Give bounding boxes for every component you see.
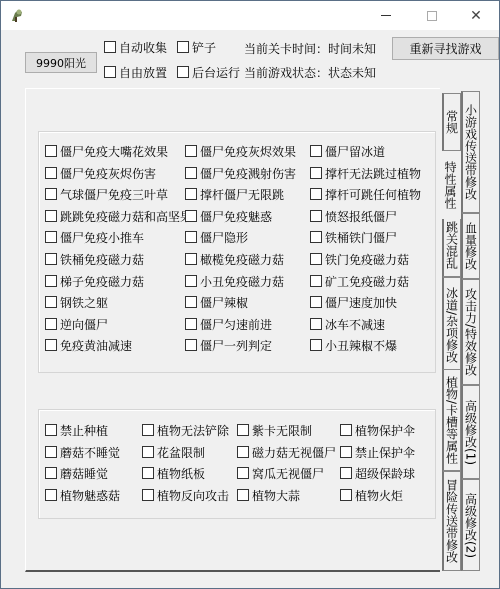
- zombie-trait-checkbox[interactable]: 僵尸免疫魅惑: [185, 208, 272, 224]
- tab-minigame-conveyor[interactable]: 小游戏传送带修改: [461, 91, 480, 213]
- checkbox-box[interactable]: [45, 296, 57, 308]
- checkbox-box[interactable]: [310, 318, 322, 330]
- checkbox-box[interactable]: [45, 188, 57, 200]
- zombie-trait-checkbox[interactable]: 撑杆可跳任何植物: [310, 186, 421, 202]
- zombie-trait-checkbox[interactable]: 僵尸隐形: [185, 229, 248, 245]
- minimize-icon: [381, 15, 391, 16]
- tab-general[interactable]: 常规: [442, 93, 461, 151]
- tab-label: 冰道/杂项修改: [444, 287, 461, 363]
- checkbox-label: 僵尸留冰道: [325, 143, 385, 160]
- tab-plant-slot[interactable]: 植物/卡槽等属性: [442, 369, 461, 471]
- tab-label: 攻击力/特效修改: [463, 288, 480, 376]
- tab-level-chaos[interactable]: 跳关混乱: [442, 213, 461, 277]
- refind-game-button[interactable]: 重新寻找游戏: [392, 37, 499, 60]
- free-place-checkbox[interactable]: 自由放置: [104, 64, 167, 80]
- close-icon: ✕: [470, 8, 482, 24]
- zombie-trait-checkbox[interactable]: 僵尸免疫小推车: [45, 229, 144, 245]
- checkbox-label: 僵尸免疫魅惑: [200, 208, 272, 225]
- tab-attack-effects[interactable]: 攻击力/特效修改: [461, 279, 480, 385]
- checkbox-box[interactable]: [185, 188, 197, 200]
- checkbox-label: 僵尸免疫灰烬效果: [200, 143, 296, 160]
- checkbox-label: 植物火炬: [355, 487, 403, 504]
- zombie-trait-checkbox[interactable]: 僵尸辣椒: [185, 294, 248, 310]
- tab-traits[interactable]: 特性属性: [439, 151, 461, 219]
- checkbox-label: 花盆限制: [157, 444, 205, 461]
- auto-collect-checkbox[interactable]: 自动收集: [104, 39, 167, 55]
- checkbox-box[interactable]: [310, 188, 322, 200]
- plant-trait-checkbox[interactable]: 植物反向攻击: [142, 487, 229, 503]
- zombie-trait-checkbox[interactable]: 橄榄免疫磁力菇: [185, 251, 284, 267]
- checkbox-label: 小丑辣椒不爆: [325, 337, 397, 354]
- checkbox-box[interactable]: [185, 231, 197, 243]
- checkbox-box[interactable]: [185, 167, 197, 179]
- zombie-trait-checkbox[interactable]: 僵尸免疫溅射伤害: [185, 165, 296, 181]
- plant-trait-checkbox[interactable]: 植物火炬: [340, 487, 403, 503]
- checkbox-label: 橄榄免疫磁力菇: [200, 251, 284, 268]
- checkbox-box[interactable]: [45, 167, 57, 179]
- minimize-button[interactable]: [363, 1, 409, 30]
- checkbox-box[interactable]: [45, 275, 57, 287]
- zombie-trait-checkbox[interactable]: 铁桶铁门僵尸: [310, 229, 397, 245]
- checkbox-label: 钢铁之躯: [60, 294, 108, 311]
- checkbox-box[interactable]: [45, 467, 57, 479]
- zombie-trait-checkbox[interactable]: 僵尸一列判定: [185, 337, 272, 353]
- checkbox-box[interactable]: [45, 231, 57, 243]
- checkbox-box[interactable]: [310, 339, 322, 351]
- checkbox-box[interactable]: [185, 296, 197, 308]
- checkbox-label: 撑杆僵尸无限跳: [200, 186, 284, 203]
- tab-advanced-2[interactable]: 高级修改(2): [461, 479, 480, 571]
- checkbox-box[interactable]: [185, 339, 197, 351]
- plant-trait-checkbox[interactable]: 禁止种植: [45, 422, 108, 438]
- checkbox-box[interactable]: [340, 489, 352, 501]
- zombie-trait-checkbox[interactable]: 铁桶免疫磁力菇: [45, 251, 144, 267]
- checkbox-label: 禁止保护伞: [355, 444, 415, 461]
- zombie-trait-checkbox[interactable]: 僵尸留冰道: [310, 143, 385, 159]
- plant-trait-checkbox[interactable]: 蘑菇睡觉: [45, 465, 108, 481]
- plant-trait-checkbox[interactable]: 植物大蒜: [237, 487, 300, 503]
- checkbox-label: 自由放置: [119, 64, 167, 81]
- tab-label: 高级修改(2): [463, 493, 480, 558]
- zombie-trait-checkbox[interactable]: 撑杆僵尸无限跳: [185, 186, 284, 202]
- tab-health[interactable]: 血量修改: [461, 213, 480, 279]
- checkbox-box[interactable]: [177, 66, 189, 78]
- checkbox-box[interactable]: [310, 167, 322, 179]
- tab-advanced-1[interactable]: 高级修改(1): [461, 385, 480, 479]
- checkbox-label: 撑杆可跳任何植物: [325, 186, 421, 203]
- plant-trait-checkbox[interactable]: 蘑菇不睡觉: [45, 444, 120, 460]
- tab-label: 特性属性: [442, 161, 459, 209]
- checkbox-label: 跳跳免疫磁力菇和高坚果: [60, 208, 192, 225]
- plant-trait-checkbox[interactable]: 植物纸板: [142, 465, 205, 481]
- plant-trait-checkbox[interactable]: 窝瓜无视僵尸: [237, 465, 324, 481]
- background-run-checkbox[interactable]: 后台运行: [177, 64, 240, 80]
- checkbox-label: 免疫黄油减速: [60, 337, 132, 354]
- checkbox-label: 僵尸免疫大嘴花效果: [60, 143, 168, 160]
- game-state-status: 当前游戏状态：状态未知: [244, 64, 376, 81]
- checkbox-box[interactable]: [185, 210, 197, 222]
- zombie-trait-checkbox[interactable]: 梯子免疫磁力菇: [45, 273, 144, 289]
- checkbox-label: 僵尸速度加快: [325, 294, 397, 311]
- checkbox-box[interactable]: [340, 424, 352, 436]
- level-time-status: 当前关卡时间：时间未知: [244, 40, 376, 57]
- checkbox-label: 僵尸隐形: [200, 229, 248, 246]
- checkbox-label: 僵尸免疫溅射伤害: [200, 165, 296, 182]
- zombie-trait-checkbox[interactable]: 小丑辣椒不爆: [310, 337, 397, 353]
- checkbox-box[interactable]: [310, 210, 322, 222]
- checkbox-box[interactable]: [310, 275, 322, 287]
- checkbox-box[interactable]: [310, 231, 322, 243]
- checkbox-label: 植物保护伞: [355, 422, 415, 439]
- checkbox-box[interactable]: [310, 253, 322, 265]
- plant-trait-checkbox[interactable]: 植物无法铲除: [142, 422, 229, 438]
- checkbox-box[interactable]: [45, 210, 57, 222]
- checkbox-label: 蘑菇不睡觉: [60, 444, 120, 461]
- checkbox-label: 植物无法铲除: [157, 422, 229, 439]
- zombie-trait-checkbox[interactable]: 愤怒报纸僵尸: [310, 208, 397, 224]
- zombie-trait-checkbox[interactable]: 免疫黄油减速: [45, 337, 132, 353]
- checkbox-label: 撑杆无法跳过植物: [325, 165, 421, 182]
- checkbox-box[interactable]: [142, 424, 154, 436]
- checkbox-box[interactable]: [185, 318, 197, 330]
- checkbox-label: 植物反向攻击: [157, 487, 229, 504]
- tab-label: 跳关混乱: [444, 221, 461, 269]
- checkbox-label: 自动收集: [119, 39, 167, 56]
- checkbox-label: 超级保龄球: [355, 465, 415, 482]
- checkbox-label: 愤怒报纸僵尸: [325, 208, 397, 225]
- maximize-icon: [427, 11, 437, 21]
- tab-label: 高级修改(1): [463, 400, 480, 465]
- checkbox-label: 梯子免疫磁力菇: [60, 273, 144, 290]
- checkbox-label: 窝瓜无视僵尸: [252, 465, 324, 482]
- checkbox-label: 冰车不减速: [325, 316, 385, 333]
- checkbox-label: 植物纸板: [157, 465, 205, 482]
- tab-ice-misc[interactable]: 冰道/杂项修改: [442, 277, 461, 373]
- checkbox-label: 逆向僵尸: [60, 316, 108, 333]
- checkbox-box[interactable]: [340, 446, 352, 458]
- checkbox-box[interactable]: [185, 275, 197, 287]
- tab-label: 常规: [444, 110, 461, 134]
- plant-trait-checkbox[interactable]: 磁力菇无视僵尸: [237, 444, 336, 460]
- plant-trait-checkbox[interactable]: 植物保护伞: [340, 422, 415, 438]
- plant-trait-checkbox[interactable]: 紫卡无限制: [237, 422, 312, 438]
- zombie-trait-checkbox[interactable]: 僵尸匀速前进: [185, 316, 272, 332]
- zombie-trait-checkbox[interactable]: 僵尸免疫灰烬效果: [185, 143, 296, 159]
- zombie-trait-checkbox[interactable]: 逆向僵尸: [45, 316, 108, 332]
- plant-trait-checkbox[interactable]: 植物魅惑菇: [45, 487, 120, 503]
- checkbox-label: 小丑免疫磁力菇: [200, 273, 284, 290]
- checkbox-label: 僵尸免疫小推车: [60, 229, 144, 246]
- zombie-trait-checkbox[interactable]: 僵尸免疫大嘴花效果: [45, 143, 168, 159]
- checkbox-box[interactable]: [104, 66, 116, 78]
- checkbox-label: 蘑菇睡觉: [60, 465, 108, 482]
- checkbox-box[interactable]: [177, 41, 189, 53]
- checkbox-box[interactable]: [185, 253, 197, 265]
- sun-button[interactable]: 9990阳光: [25, 52, 97, 73]
- checkbox-box[interactable]: [45, 253, 57, 265]
- plant-trait-checkbox[interactable]: 花盆限制: [142, 444, 205, 460]
- checkbox-box[interactable]: [45, 424, 57, 436]
- checkbox-label: 僵尸免疫灰烬伤害: [60, 165, 156, 182]
- checkbox-label: 气球僵尸免疫三叶草: [60, 186, 168, 203]
- checkbox-label: 铁门免疫磁力菇: [325, 251, 409, 268]
- checkbox-box[interactable]: [142, 446, 154, 458]
- checkbox-box[interactable]: [45, 489, 57, 501]
- checkbox-box[interactable]: [45, 145, 57, 157]
- checkbox-box[interactable]: [45, 339, 57, 351]
- zombie-trait-checkbox[interactable]: 小丑免疫磁力菇: [185, 273, 284, 289]
- checkbox-label: 植物大蒜: [252, 487, 300, 504]
- tab-label: 血量修改: [463, 222, 480, 270]
- checkbox-box[interactable]: [237, 489, 249, 501]
- checkbox-box[interactable]: [185, 145, 197, 157]
- checkbox-box[interactable]: [340, 467, 352, 479]
- tab-adventure-conveyor[interactable]: 冒险传送带修改: [442, 471, 461, 571]
- checkbox-label: 僵尸辣椒: [200, 294, 248, 311]
- checkbox-label: 铁桶免疫磁力菇: [60, 251, 144, 268]
- plant-trait-checkbox[interactable]: 超级保龄球: [340, 465, 415, 481]
- zombie-trait-checkbox[interactable]: 铁门免疫磁力菇: [310, 251, 409, 267]
- checkbox-label: 禁止种植: [60, 422, 108, 439]
- zombie-trait-checkbox[interactable]: 僵尸速度加快: [310, 294, 397, 310]
- checkbox-box[interactable]: [142, 489, 154, 501]
- checkbox-box[interactable]: [237, 446, 249, 458]
- checkbox-label: 植物魅惑菇: [60, 487, 120, 504]
- zombie-trait-checkbox[interactable]: 气球僵尸免疫三叶草: [45, 186, 168, 202]
- shovel-checkbox[interactable]: 铲子: [177, 39, 216, 55]
- zombie-trait-checkbox[interactable]: 钢铁之躯: [45, 294, 108, 310]
- tab-label: 小游戏传送带修改: [463, 104, 480, 200]
- checkbox-box[interactable]: [237, 424, 249, 436]
- checkbox-label: 铁桶铁门僵尸: [325, 229, 397, 246]
- checkbox-box[interactable]: [104, 41, 116, 53]
- checkbox-box[interactable]: [237, 467, 249, 479]
- zombie-trait-checkbox[interactable]: 冰车不减速: [310, 316, 385, 332]
- zombie-trait-checkbox[interactable]: 跳跳免疫磁力菇和高坚果: [45, 208, 192, 224]
- maximize-button[interactable]: [409, 1, 455, 30]
- checkbox-box[interactable]: [310, 296, 322, 308]
- title-bar[interactable]: ✕: [1, 1, 499, 30]
- zombie-trait-checkbox[interactable]: 僵尸免疫灰烬伤害: [45, 165, 156, 181]
- app-icon: [9, 7, 25, 23]
- checkbox-box[interactable]: [45, 318, 57, 330]
- close-button[interactable]: ✕: [453, 1, 499, 30]
- checkbox-box[interactable]: [142, 467, 154, 479]
- tab-label: 冒险传送带修改: [444, 479, 461, 563]
- checkbox-label: 磁力菇无视僵尸: [252, 444, 336, 461]
- checkbox-box[interactable]: [45, 446, 57, 458]
- tab-label: 植物/卡槽等属性: [444, 376, 461, 464]
- checkbox-label: 后台运行: [192, 64, 240, 81]
- checkbox-box[interactable]: [310, 145, 322, 157]
- checkbox-label: 铲子: [192, 39, 216, 56]
- checkbox-label: 僵尸一列判定: [200, 337, 272, 354]
- checkbox-label: 矿工免疫磁力菇: [325, 273, 409, 290]
- checkbox-label: 紫卡无限制: [252, 422, 312, 439]
- zombie-trait-checkbox[interactable]: 撑杆无法跳过植物: [310, 165, 421, 181]
- plant-trait-checkbox[interactable]: 禁止保护伞: [340, 444, 415, 460]
- checkbox-label: 僵尸匀速前进: [200, 316, 272, 333]
- app-window: ✕ 9990阳光 自动收集 铲子 自由放置 后台运行 当前关卡时间：时间未知 当…: [0, 0, 500, 589]
- zombie-trait-checkbox[interactable]: 矿工免疫磁力菇: [310, 273, 409, 289]
